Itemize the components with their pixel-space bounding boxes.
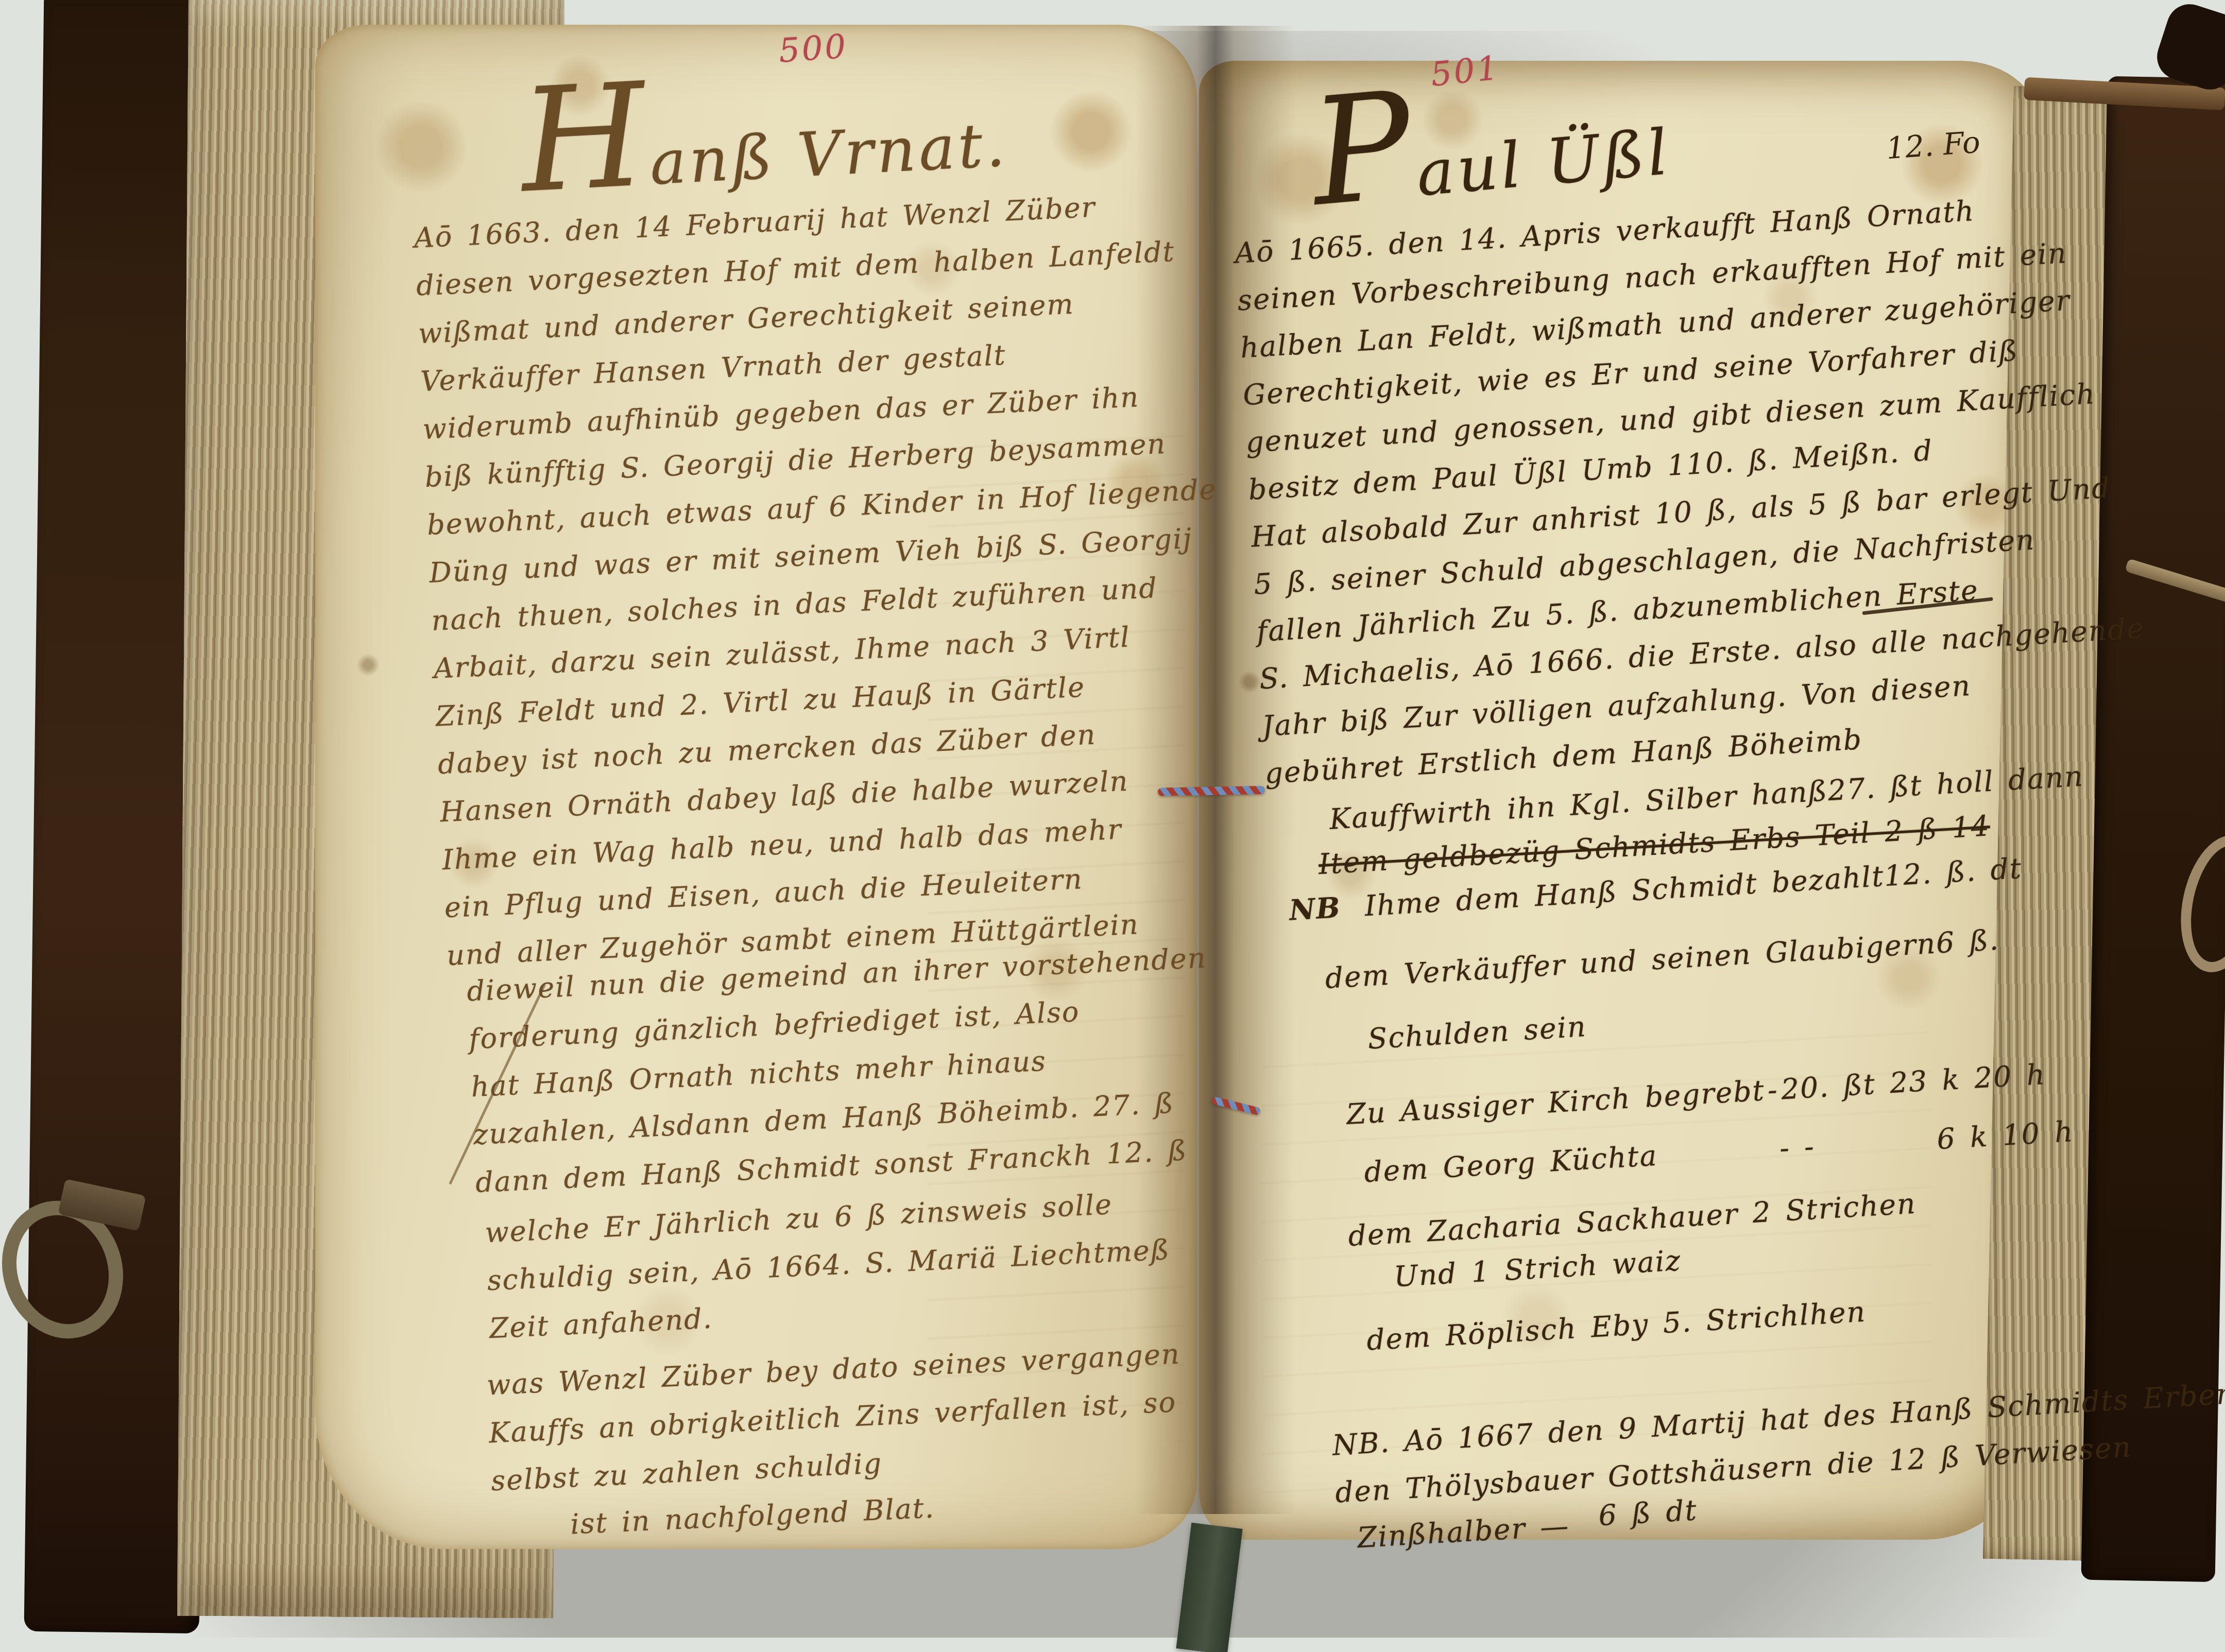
folio-number-left: 500 (778, 27, 849, 70)
payment-amount: 12. ß. dt (1882, 845, 2023, 900)
paragraph: dieweil nun die gemeind an ihrer vorsteh… (466, 934, 1216, 1207)
nb-note: NB. Aō 1667 den 9 Martij hat des Hanß Sc… (1331, 1370, 2225, 1517)
debt-label: dem Georg Küchta (1363, 1132, 1659, 1196)
payment-row: dem Verkäuffer und seinen Glaubigern 6 ß… (1324, 921, 1918, 1002)
debt-amount: 6 k 10 h (1936, 1108, 2075, 1163)
manuscript-text-right: Aō 1665. den 14. Apris verkaufft Hanß Or… (1232, 176, 2121, 1559)
debt-label: Zu Aussiger Kirch begrebt (1345, 1066, 1766, 1138)
nb-margin-note: NB (1288, 884, 1342, 934)
corner-note: 12. Fo (1885, 125, 1981, 166)
paragraph: welche Er Jährlich zu 6 ß zinsweis solle… (484, 1178, 1173, 1352)
debt-dashes: - - (1778, 1123, 1816, 1172)
debt-label: dem Röplisch Eby 5. Strichlhen (1365, 1288, 1868, 1364)
photo-background: 500 Hanß Vrnat. Aō 1663. den 14 Februari… (0, 0, 2225, 1652)
nb-note-footer-amount: 6 ß dt (1598, 1493, 1698, 1532)
debt-dashes: - (1766, 1066, 1779, 1114)
folio-number-right: 501 (1429, 49, 1502, 94)
debt-amount: 20. ßt 23 k 20 h (1780, 1051, 2047, 1113)
manuscript-text-left: Aō 1663. den 14 Februarij hat Wenzl Zübe… (409, 169, 1285, 1569)
paragraph: Aō 1663. den 14 Februarij hat Wenzl Zübe… (413, 178, 1238, 979)
paragraph: was Wenzl Züber bey dato seines vergange… (486, 1330, 1186, 1505)
paragraph: Aō 1665. den 14. Apris verkaufft Hanß Or… (1234, 179, 2151, 797)
payment-amount: 6 ß. (1935, 916, 2000, 967)
schulden-heading: Schulden sein (1367, 1010, 1587, 1055)
payment-label: dem Verkäuffer und seinen Glaubigern (1324, 920, 1938, 1002)
